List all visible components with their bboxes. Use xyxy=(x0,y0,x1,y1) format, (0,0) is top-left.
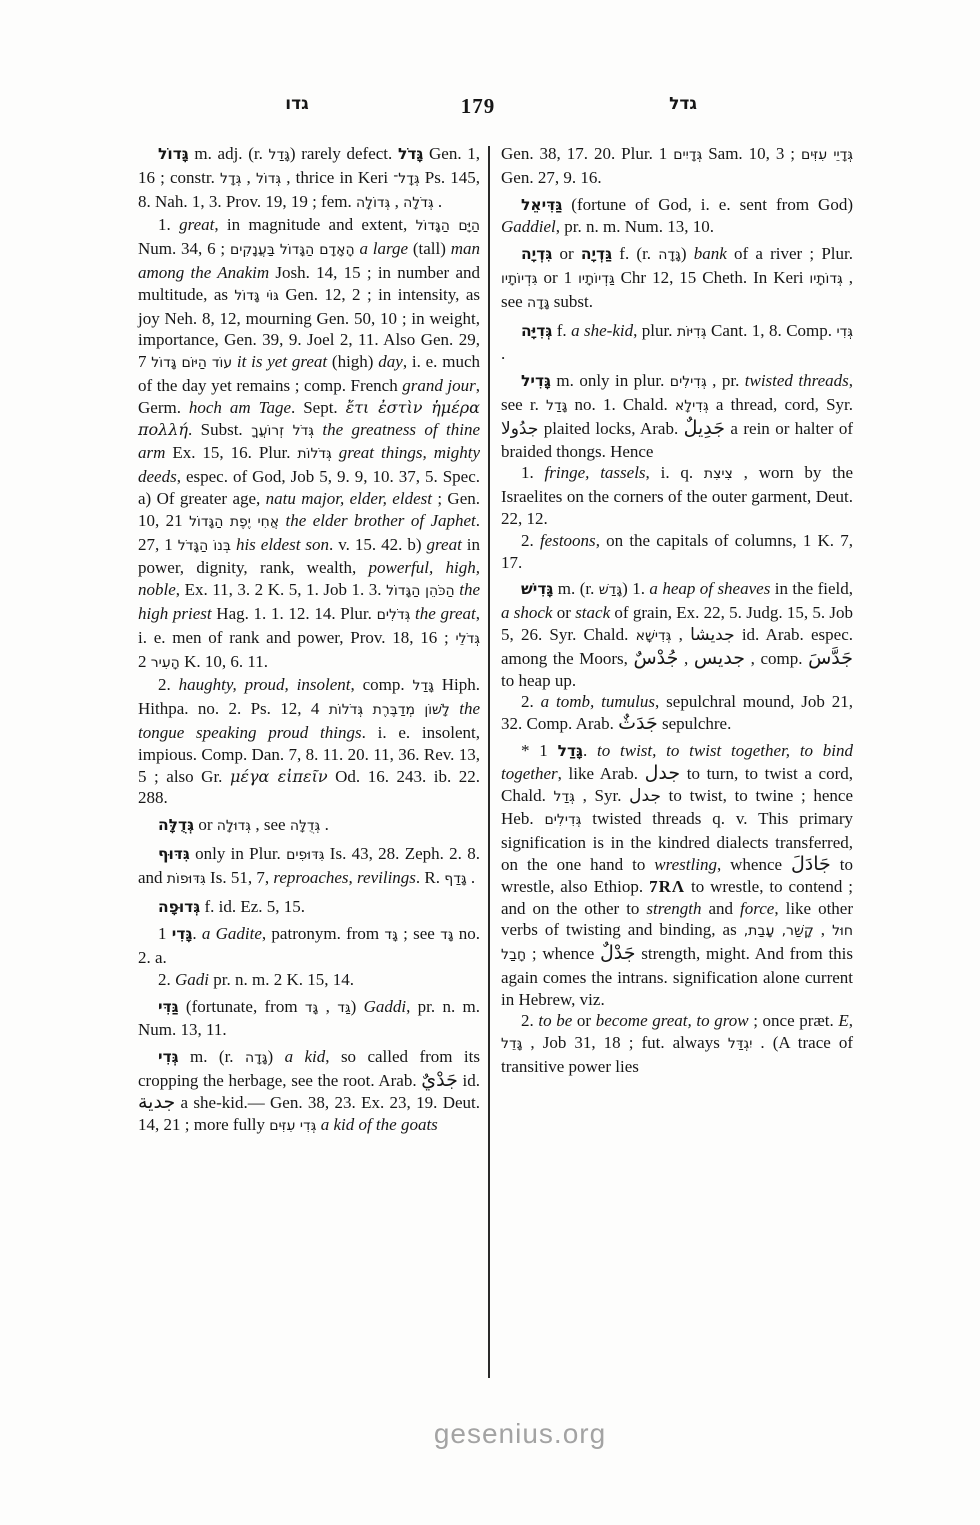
text-run: , pr. xyxy=(707,371,745,390)
paragraph: גָּדִיל m. only in plur. גְּדִילִים , pr… xyxy=(501,370,853,462)
text-run xyxy=(415,699,424,718)
paragraph: גְּדוּפָה f. id. Ez. 5, 15. xyxy=(138,896,480,919)
text-run: , Ex. 11, 3. 2 K. 5, 1. Job 1. 3. xyxy=(176,580,386,599)
i-text-run: Gadi xyxy=(175,970,209,989)
heb-text-run: גָּדַל xyxy=(558,742,583,760)
he-text-run: גָּד xyxy=(440,927,453,943)
sy-text-run: جدل xyxy=(629,786,661,806)
he-text-run: גְּדֹל זְרוֹעֲךָ xyxy=(251,423,314,439)
text-run: , xyxy=(390,192,403,211)
heb-text-run: גָּדוֹל xyxy=(158,145,189,163)
text-run: m. adj. (r. xyxy=(189,144,269,163)
he-text-run: גָּדַל xyxy=(546,398,567,414)
heb-text-run: גָּדִיל xyxy=(521,372,551,390)
i-text-run: hoch am Tage xyxy=(189,398,291,417)
text-run: f. xyxy=(552,321,571,340)
text-run: f. (r. xyxy=(612,244,658,263)
text-run: , xyxy=(678,649,693,668)
text-run: . R. xyxy=(416,868,444,887)
paragraph: גְּדֻלָּה or גְּדוּלָה , see גְּדֻלָּה . xyxy=(138,814,480,838)
heb-text-run: גָּדֹל xyxy=(398,145,423,163)
text-run: ; whence xyxy=(526,944,600,963)
i-text-run: great xyxy=(427,535,462,554)
he-text-run: גִּדְיוֹתָיו xyxy=(501,271,538,287)
text-run: Cant. 1, 8. Comp. xyxy=(707,321,837,340)
paragraph: Gen. 38, 17. 20. Plur. גְּדָיִים 1 Sam. … xyxy=(501,143,853,189)
he-text-run: גָּד xyxy=(384,927,397,943)
he-text-run: לָשׁוֹן xyxy=(424,702,450,718)
text-run: * xyxy=(521,741,539,760)
text-run: ) xyxy=(268,1047,285,1066)
scanned-lexicon-page: גדו 179 גדל גָּדוֹל m. adj. (r. גָּדַל) … xyxy=(0,0,980,1525)
text-run: , pr. n. m. Num. 13, 10. xyxy=(556,217,714,236)
page-number: 179 xyxy=(438,94,518,119)
text-run: , see xyxy=(251,815,290,834)
i-text-run: fringe, tassels xyxy=(545,463,646,482)
paragraph: * גָּדַל 1. to twist, to twist together,… xyxy=(501,740,853,1011)
i-text-run: grand jour xyxy=(402,376,475,395)
he-text-run: הַכֹּהֵן הַגָּדוֹל xyxy=(386,583,455,599)
text-run: or xyxy=(552,603,575,622)
he-text-run: גְּדָל xyxy=(220,171,241,187)
i-text-run: a tomb, tumulus xyxy=(541,692,655,711)
he-text-run: גָּדֵל xyxy=(501,1036,522,1052)
ar-text-run: جَدَّسَ xyxy=(808,647,853,669)
i-text-run: a she-kid xyxy=(571,321,633,340)
heb-text-run: גְּדִיָּה xyxy=(521,322,552,340)
text-run: subst. xyxy=(550,292,593,311)
text-run: . xyxy=(434,192,443,211)
text-run: , plur. xyxy=(633,321,677,340)
text-run: in the field, xyxy=(770,579,853,598)
paragraph: גִּדְיָה or גַּדְיָה f. (r. גָּדָה) bank… xyxy=(501,243,853,314)
he-text-run: גָּדַל xyxy=(269,147,290,163)
text-run: (fortune of God, i. e. sent from God) xyxy=(562,195,853,214)
column-divider-rule xyxy=(488,146,490,1378)
watermark: gesenius.org xyxy=(400,1418,640,1450)
paragraph: גָּדִי 1. a Gadite, patronym. from גָּד … xyxy=(138,923,480,969)
heb-text-run: גַּדְיָה xyxy=(581,245,612,263)
running-head-right-catchword: גדל xyxy=(648,94,718,114)
text-run: Gen. 38, 17. 20. Plur. xyxy=(501,144,659,163)
sy-text-run: جديشا xyxy=(690,625,735,645)
paragraph: 2. Gadi pr. n. m. 2 K. 15, 14. xyxy=(138,969,480,991)
text-run: , Job 31, 18 ; fut. always xyxy=(522,1033,728,1052)
i-text-run: it is yet great xyxy=(237,352,327,371)
he-text-run: גְּדָיֵי עִזִּים xyxy=(801,147,853,163)
he-text-run: גָּדָה xyxy=(527,295,550,311)
he-text-run: גִּדּוּפוֹת xyxy=(167,871,206,887)
ar-text-run: جَدَثٌ xyxy=(618,712,658,734)
text-run: . xyxy=(320,815,329,834)
he-text-run: גְּדִילִים xyxy=(670,374,707,390)
he-text-run: הָאָדָם הַגָּדוֹל בַּעֲנָקִים xyxy=(230,242,355,258)
i-text-run: a kid xyxy=(285,1047,326,1066)
text-run: (high) xyxy=(327,352,378,371)
text-run: m. (r. xyxy=(553,579,598,598)
he-text-run: גְּדֹלוֹת xyxy=(297,446,331,462)
i-text-run: Gaddiel xyxy=(501,217,556,236)
text-run: , xyxy=(671,625,690,644)
paragraph: 1. great, in magnitude and extent, הַיָּ… xyxy=(138,214,480,674)
paragraph: 2. to be or become great, to grow ; once… xyxy=(501,1010,853,1077)
text-run: . xyxy=(501,344,505,363)
text-run: of a river ; Plur. xyxy=(727,244,853,263)
text-run: or xyxy=(194,815,217,834)
i-text-run: the great xyxy=(415,604,476,623)
text-run: . xyxy=(467,868,476,887)
text-run: , in magnitude and extent, xyxy=(214,215,415,234)
paragraph: גִּדּוּף only in Plur. גִּדּוּפִים Is. 4… xyxy=(138,843,480,891)
ar-text-run: جَدِيلٌ xyxy=(684,417,725,439)
heb-text-run: גַּדִּיאֵל xyxy=(521,196,562,214)
he-text-run: גְּדִילִים xyxy=(544,812,581,828)
i-text-run: his eldest son xyxy=(236,535,329,554)
he-text-run: גְּדִיּוֹת xyxy=(677,324,707,340)
heb-text-run: גִּדּוּף xyxy=(158,845,190,863)
he-text-run: הַגָּדוֹל xyxy=(189,514,223,530)
he-text-run: גְּדִי עִזִּים xyxy=(269,1118,316,1134)
text-run: sepulchre. xyxy=(658,714,732,733)
i-text-run: a shock xyxy=(501,603,552,622)
right-column: Gen. 38, 17. 20. Plur. גְּדָיִים 1 Sam. … xyxy=(501,143,853,1078)
he-text-run: צִיצִת xyxy=(704,466,733,482)
he-text-run: גְּדֹלִים xyxy=(377,607,411,623)
text-run: ) xyxy=(681,244,694,263)
i-text-run: wrestling xyxy=(654,855,717,874)
i-text-run: reproaches, revilings xyxy=(273,868,416,887)
he-text-run: גָּדָה xyxy=(245,1050,268,1066)
i-text-run: become great, to grow xyxy=(596,1011,749,1030)
i-text-run: to be xyxy=(538,1011,572,1030)
text-run: , xyxy=(318,997,337,1016)
i-text-run: haughty, proud, insolent xyxy=(179,675,351,694)
ar-text-run: جُدْسٌ xyxy=(633,647,678,669)
ar-text-run: جديس xyxy=(694,647,745,669)
text-run: a thread, cord, Syr. xyxy=(709,395,853,414)
text-run: , xyxy=(849,1011,853,1030)
eth-text-run: 7RΛ xyxy=(649,877,685,896)
text-run: f. id. Ez. 5, 15. xyxy=(200,897,305,916)
text-run xyxy=(332,443,339,462)
he-text-run: בְּנוֹ הַגָּדֹל xyxy=(178,538,231,554)
he-text-run: גָּד xyxy=(305,1000,318,1016)
i-text-run: festoons xyxy=(540,531,596,550)
he-text-run: גַּדְיוֹתָיו xyxy=(578,271,615,287)
paragraph: 2. festoons, on the capitals of columns,… xyxy=(501,530,853,574)
text-run xyxy=(450,699,459,718)
ar-text-run: جدية xyxy=(138,1091,175,1113)
i-text-run: bank xyxy=(694,244,727,263)
text-run: 1. xyxy=(521,463,545,482)
text-run: pr. n. m. 2 K. 15, 14. xyxy=(209,970,354,989)
text-run: id. xyxy=(458,1071,480,1090)
heb-text-run: גָּדִי xyxy=(172,925,193,943)
paragraph: גְּדִי m. (r. גָּדָה) a kid, so called f… xyxy=(138,1046,480,1137)
he-text-run: גְּדָיִים xyxy=(673,147,702,163)
he-text-run: גּוֹי גָּדוֹל xyxy=(234,288,279,304)
he-text-run: גָּדָה xyxy=(658,247,681,263)
he-text-run: חוּל xyxy=(832,923,853,939)
text-run: Gen. 27, 9. 16. xyxy=(501,168,602,187)
text-run: ; see xyxy=(398,924,440,943)
heb-text-run: גְּדֻלָּה xyxy=(158,816,194,834)
text-run: 2. xyxy=(158,675,179,694)
text-run: Ex. 15, 16. Plur. xyxy=(165,443,297,462)
he-text-run: יִגְדַּל xyxy=(728,1036,753,1052)
heb-text-run: גְּדוּפָה xyxy=(158,898,200,916)
i-text-run: Gaddi xyxy=(364,997,407,1016)
paragraph: 2. a tomb, tumulus, sepulchral mound, Jo… xyxy=(501,691,853,735)
text-run: plaited locks, Arab. xyxy=(538,419,683,438)
he-text-run: גְּדוּלָה xyxy=(217,818,251,834)
he-text-run: גְּדַל xyxy=(554,789,575,805)
heb-text-run: גְּדִי xyxy=(158,1048,179,1066)
i-text-run: the elder brother of Japhet xyxy=(286,511,476,530)
text-run: or xyxy=(572,1011,595,1030)
text-run: m. only in plur. xyxy=(551,371,670,390)
text-run: 1. xyxy=(158,215,179,234)
text-run: no. 1. Chald. xyxy=(567,395,674,414)
text-run: 2. xyxy=(521,692,541,711)
heb-text-run: גַּדִּי xyxy=(158,998,179,1016)
text-run: (tall) xyxy=(408,239,451,258)
he-text-run: מְדַבֶּרֶת גְּדֹלוֹת xyxy=(329,702,415,718)
he-text-run: גְּדוֹלָה xyxy=(356,195,390,211)
he-text-run: גַּד xyxy=(337,1000,350,1016)
paragraph: גָּדִישׁ m. (r. גָּדַשׁ) 1. a heap of sh… xyxy=(501,578,853,691)
he-text-run: גְּדוֹתָיו xyxy=(809,271,842,287)
i-text-run: twisted threads xyxy=(745,371,849,390)
text-run: , comp. xyxy=(745,649,808,668)
heb-text-run: גָּדִישׁ xyxy=(521,580,553,598)
i-text-run: force xyxy=(740,899,774,918)
he-text-run: גְּדָל־ xyxy=(393,171,419,187)
paragraph: גַּדִּיאֵל (fortune of God, i. e. sent f… xyxy=(501,194,853,239)
he-text-run: גְּדֹלָה xyxy=(403,195,434,211)
i-text-run: E xyxy=(838,1011,848,1030)
paragraph: גַּדִּי (fortunate, from גַּד , גָּד) Ga… xyxy=(138,996,480,1042)
he-text-run: גְּדֻלָּה xyxy=(290,818,321,834)
paragraph: 1. fringe, tassels, i. q. צִיצִת , worn … xyxy=(501,462,853,529)
text-run: , xyxy=(814,920,832,939)
gr-text-run: μέγα εἰπεῖν xyxy=(230,767,328,786)
i-text-run: a large xyxy=(360,239,409,258)
text-run: , comp. xyxy=(351,675,413,694)
he-text-run: גְּדוֹל xyxy=(256,171,281,187)
text-run: 2. xyxy=(521,531,540,550)
he-text-run: אֲחִי יֶפֶת xyxy=(230,514,279,530)
text-run: Hag. 1. 1. 12. 14. Plur. xyxy=(212,604,377,623)
he-text-run: גִּדּוּפִים xyxy=(286,847,324,863)
he-text-run: גָּדַף xyxy=(444,871,466,887)
sy-text-run: جدُولا xyxy=(501,419,538,439)
text-run: , Syr. xyxy=(575,786,629,805)
left-column: גָּדוֹל m. adj. (r. גָּדַל) rarely defec… xyxy=(138,143,480,1137)
i-text-run: day xyxy=(378,352,403,371)
text-run: ) 1. xyxy=(622,579,649,598)
ar-text-run: جَدْيٌ xyxy=(421,1069,458,1091)
text-run: , i. q. xyxy=(646,463,704,482)
text-run: 2. xyxy=(521,1011,538,1030)
text-run: or xyxy=(552,244,581,263)
paragraph: 2. haughty, proud, insolent, comp. גָּדַ… xyxy=(138,674,480,809)
text-run: , xyxy=(241,168,256,187)
he-text-run: גְּדִי xyxy=(836,324,853,340)
i-text-run: natu major, elder, eldest xyxy=(266,489,432,508)
text-run: , whence xyxy=(717,855,791,874)
heb-text-run: גִּדְיָה xyxy=(521,245,552,263)
text-run: 2. xyxy=(158,970,175,989)
i-text-run: a heap of sheaves xyxy=(649,579,770,598)
text-run: Is. 51, 7, xyxy=(206,868,274,887)
he-text-run: גְּדִילָא xyxy=(675,398,709,414)
text-run: . Subst. xyxy=(188,420,251,439)
text-run: ) rarely defect. xyxy=(290,144,398,163)
text-run: (fortunate, from xyxy=(179,997,305,1016)
ar-text-run: جَادَلَ xyxy=(791,853,831,875)
i-text-run: a Gadite xyxy=(202,924,262,943)
paragraph: גְּדִיָּה f. a she-kid, plur. גְּדִיּוֹת… xyxy=(501,320,853,366)
ar-text-run: جَدْلٌ xyxy=(600,942,636,964)
he-text-run: גְּדִישָׁא xyxy=(636,628,672,644)
text-run: , like Arab. xyxy=(558,764,645,783)
text-run: ) xyxy=(351,997,364,1016)
text-run: Num. 34, 6 ; xyxy=(138,239,230,258)
text-run: ; once præt. xyxy=(749,1011,839,1030)
i-text-run: strength xyxy=(646,899,701,918)
text-run: , patronym. from xyxy=(262,924,385,943)
i-text-run: a kid of the goats xyxy=(321,1115,438,1134)
ar-text-run: جدل xyxy=(645,762,681,784)
text-run: . v. 15. 42. b) xyxy=(329,535,427,554)
text-run: or xyxy=(538,268,564,287)
he-text-run: הַיָּם הַגָּדוֹל xyxy=(416,218,480,234)
he-text-run: גָּדַשׁ xyxy=(599,582,622,598)
text-run: . Sept. xyxy=(291,398,346,417)
text-run: , thrice in Keri xyxy=(281,168,393,187)
text-run: m. (r. xyxy=(179,1047,245,1066)
text-run: only in Plur. xyxy=(190,844,286,863)
i-text-run: stack xyxy=(575,603,610,622)
he-text-run: גָּדַל xyxy=(413,678,434,694)
he-text-run: עוֹד הַיּוֹם גָּדוֹל xyxy=(151,355,232,371)
text-run: and xyxy=(702,899,741,918)
i-text-run: great xyxy=(179,215,214,234)
paragraph: גָּדוֹל m. adj. (r. גָּדַל) rarely defec… xyxy=(138,143,480,214)
text-run: to heap up. xyxy=(501,671,576,690)
running-head-left-catchword: גדו xyxy=(262,94,332,114)
